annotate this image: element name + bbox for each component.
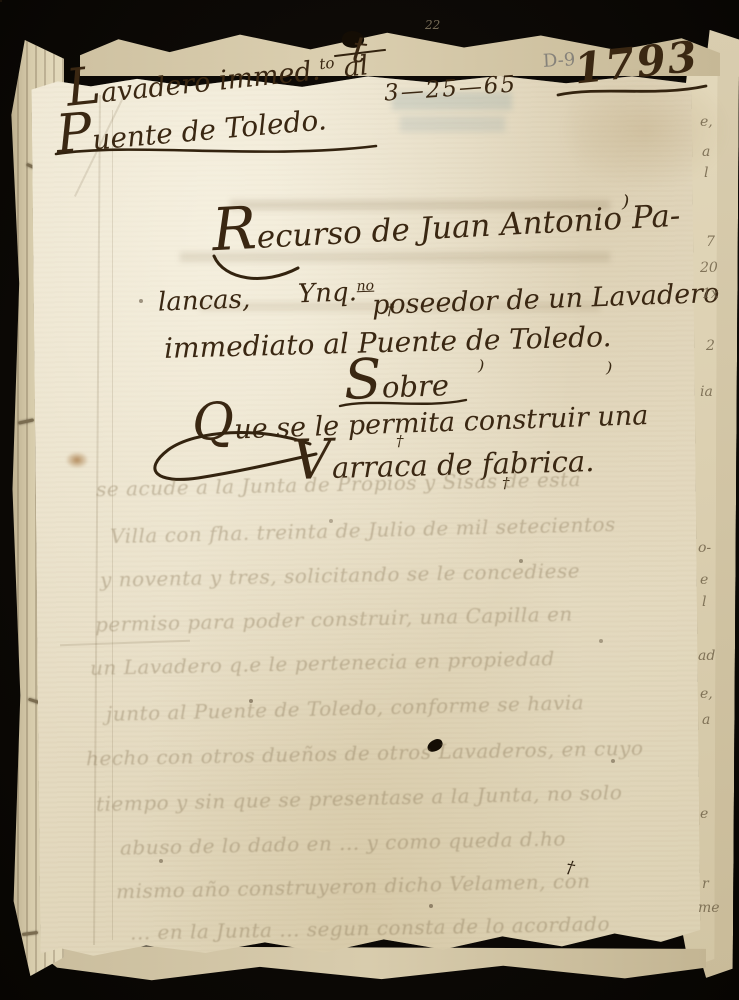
heading-line2-abbr: Ynq.no <box>297 277 374 310</box>
paper-stain <box>66 452 88 468</box>
ink-tick: † <box>386 300 394 319</box>
edge-letter-fragment: l <box>704 165 708 181</box>
edge-letter-fragment: ad <box>698 648 715 664</box>
edge-letter-fragment: ia <box>700 384 713 400</box>
edge-letter-fragment: a <box>702 144 710 160</box>
edge-letter-fragment: 7 <box>706 234 715 250</box>
year-underline-flourish <box>556 82 712 100</box>
heading-line2-word: lancas, <box>158 284 251 317</box>
edge-letter-fragment: e <box>700 572 708 588</box>
edge-letter-fragment: 1x <box>702 286 719 302</box>
edge-letter-fragment: 20 <box>700 260 718 276</box>
edge-letter-fragment: 2 <box>706 338 715 354</box>
archive-code-pencil: D-9 <box>542 49 575 72</box>
edge-letter-fragment: me <box>698 900 720 916</box>
underline-flourish <box>52 138 382 162</box>
edge-letter-fragment: e, <box>700 114 713 130</box>
capital-r-flourish <box>208 252 304 288</box>
manuscript-photo: Lavadero immed.to al Puente de Toledo. t… <box>0 0 739 1000</box>
edge-letter-fragment: a <box>702 712 710 728</box>
print-through-ghost <box>400 116 505 132</box>
heading-abbr-text: Ynq. <box>297 277 357 309</box>
edge-letter-fragment: e, <box>700 686 713 702</box>
edge-letter-fragment: l <box>702 594 706 610</box>
edge-letter-fragment: o- <box>698 540 711 556</box>
edge-letter-fragment: e <box>700 806 708 822</box>
page-stack-edge-bottom <box>30 946 706 982</box>
top-edge-mark: 22 <box>425 18 440 32</box>
ink-speckles <box>0 0 2 2</box>
ink-flourish: ⁾ <box>606 358 612 388</box>
ink-flourish: ⁾ <box>478 356 484 386</box>
edge-letter-fragment: r <box>702 876 709 892</box>
ink-flourish: ⁾ <box>622 190 629 225</box>
